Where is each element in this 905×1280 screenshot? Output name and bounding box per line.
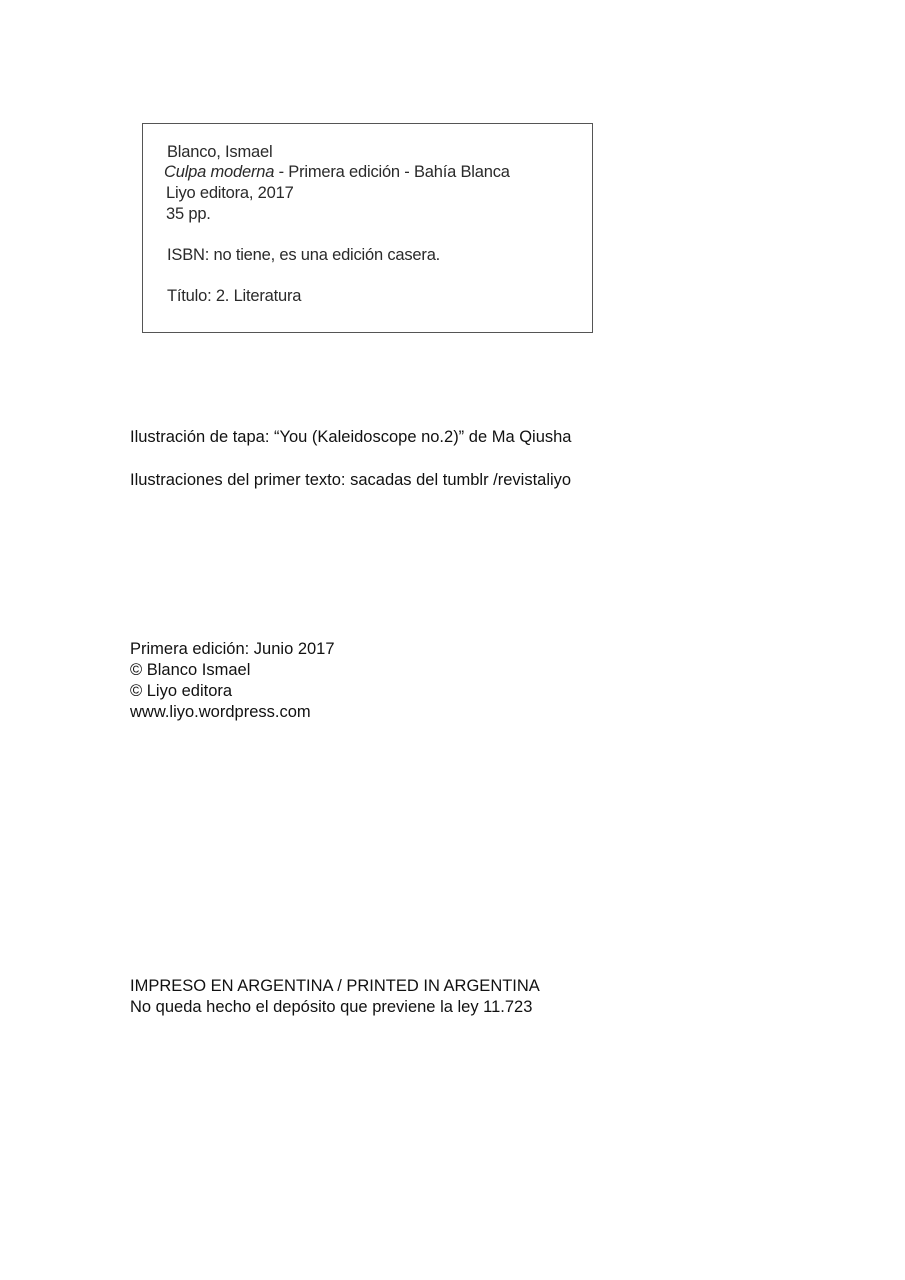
book-title: Culpa moderna xyxy=(164,163,274,181)
catalog-publisher: Liyo editora, 2017 xyxy=(166,183,294,203)
legal-deposit-note: No queda hecho el depósito que previene … xyxy=(130,997,532,1018)
catalog-isbn: ISBN: no tiene, es una edición casera. xyxy=(167,245,440,265)
copyright-author: © Blanco Ismael xyxy=(130,660,250,681)
catalog-subject: Título: 2. Literatura xyxy=(167,286,301,306)
first-edition-date: Primera edición: Junio 2017 xyxy=(130,639,335,660)
text-illustrations-credit: Ilustraciones del primer texto: sacadas … xyxy=(130,470,571,491)
copyright-publisher: © Liyo editora xyxy=(130,681,232,702)
cover-illustration-credit: Ilustración de tapa: “You (Kaleidoscope … xyxy=(130,427,572,448)
catalog-pages: 35 pp. xyxy=(166,204,211,224)
publisher-website: www.liyo.wordpress.com xyxy=(130,702,311,723)
printed-in-statement: IMPRESO EN ARGENTINA / PRINTED IN ARGENT… xyxy=(130,976,540,997)
edition-place: - Primera edición - Bahía Blanca xyxy=(274,163,510,181)
catalog-title-line: Culpa moderna - Primera edición - Bahía … xyxy=(164,162,510,182)
catalog-record-box: Blanco, Ismael Culpa moderna - Primera e… xyxy=(142,123,593,333)
catalog-author: Blanco, Ismael xyxy=(167,142,272,162)
